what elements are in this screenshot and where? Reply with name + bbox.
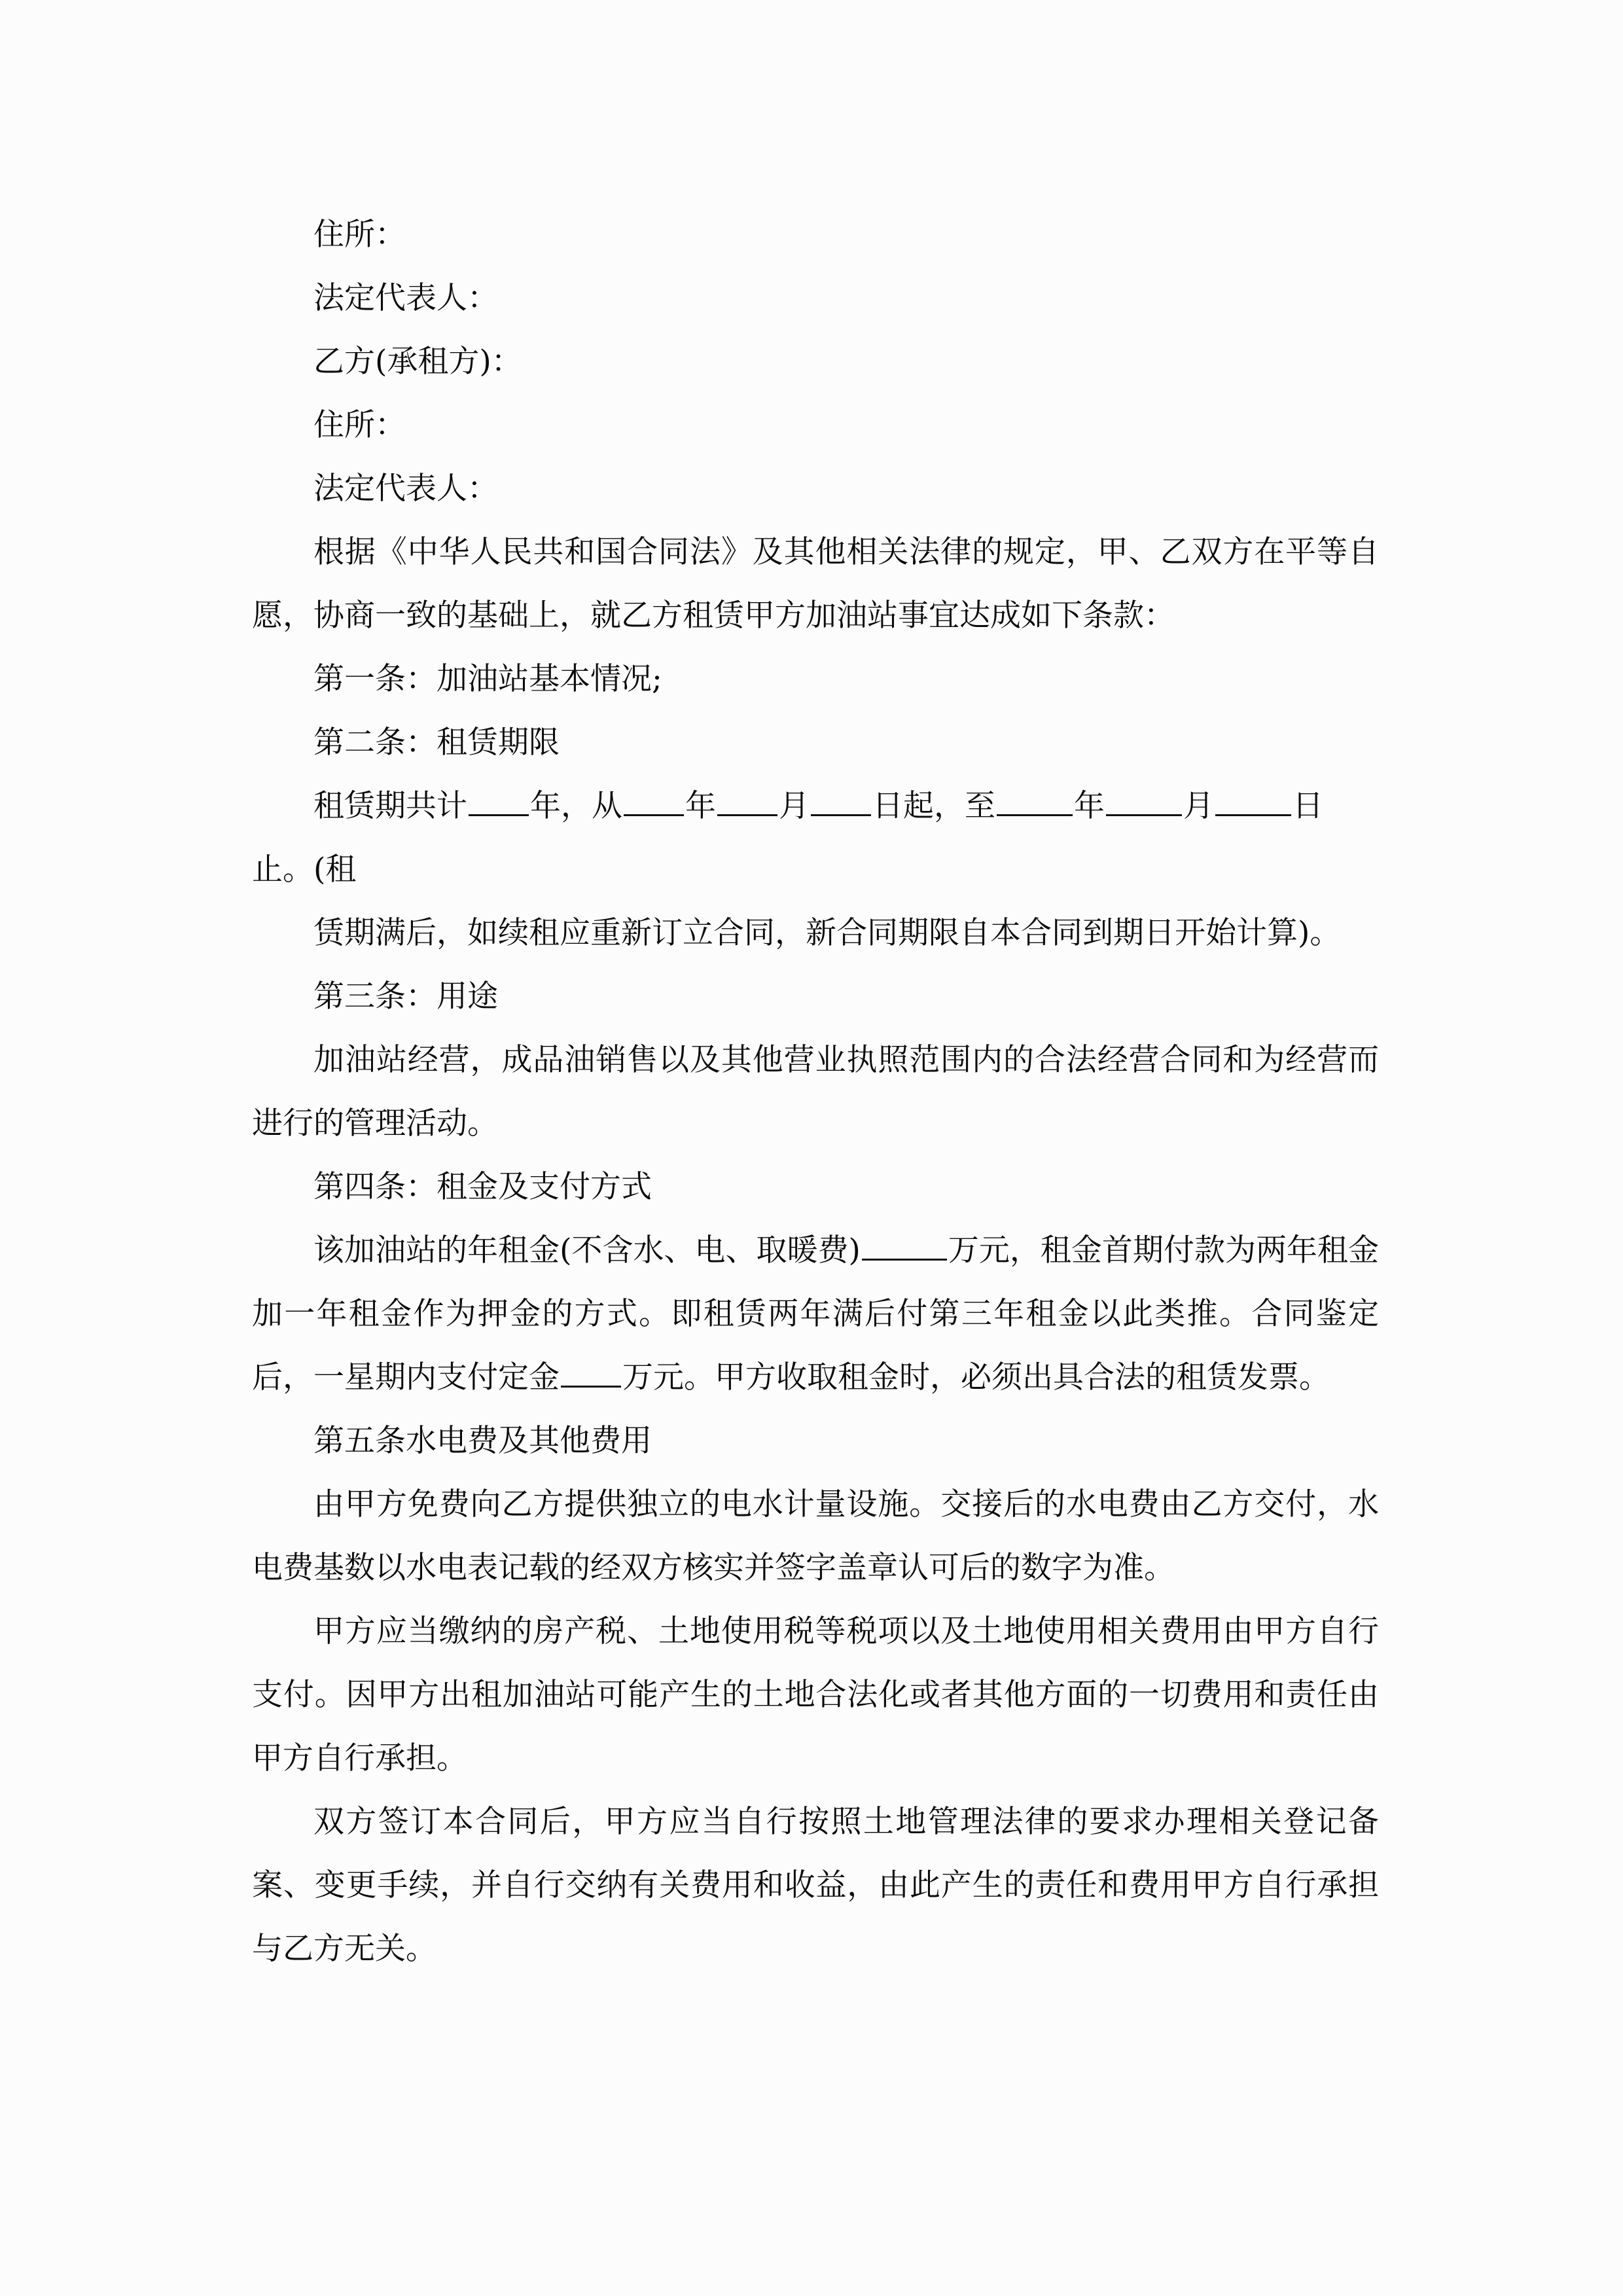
lease-term-tail: 止。(租: [252, 838, 1379, 901]
end-month-blank[interactable]: [1106, 788, 1182, 816]
article-2-heading: 第二条：租赁期限: [252, 711, 1379, 774]
lease-term-text: 日: [1293, 788, 1323, 824]
deposit-amount-blank[interactable]: [561, 1359, 621, 1388]
party-b-representative-line: 法定代表人：: [252, 457, 1379, 520]
article-5-heading: 第五条水电费及其他费用: [252, 1409, 1379, 1473]
article-4-body: 该加油站的年租金(不含水、电、取暖费)万元，租金首期付款为两年租金加一年租金作为…: [252, 1219, 1379, 1409]
lease-term-text: 年: [1074, 788, 1105, 824]
party-a-representative-label: 法定代表人：: [313, 280, 498, 316]
annual-rent-text: 该加油站的年租金(不含水、电、取暖费): [313, 1232, 861, 1268]
party-b-representative-label: 法定代表人：: [313, 471, 498, 507]
party-b-label: 乙方(承租方)：: [313, 344, 522, 380]
party-b-address-label: 住所：: [313, 407, 406, 443]
start-day-blank[interactable]: [811, 788, 871, 816]
start-year-blank[interactable]: [624, 788, 684, 816]
article-5-paragraph-3: 双方签订本合同后，甲方应当自行按照土地管理法律的要求办理相关登记备案、变更手续，…: [252, 1790, 1379, 1981]
party-b-address-line: 住所：: [252, 393, 1379, 457]
lease-term-text: 月: [779, 788, 810, 824]
lease-term-text: 租赁期共计: [313, 788, 467, 824]
article-1-heading: 第一条：加油站基本情况;: [252, 647, 1379, 711]
invoice-terms-text: 万元。甲方收取租金时，必须出具合法的租赁发票。: [622, 1359, 1330, 1395]
preamble-paragraph: 根据《中华人民共和国合同法》及其他相关法律的规定，甲、乙双方在平等自愿，协商一致…: [252, 520, 1379, 647]
party-a-address-line: 住所：: [252, 203, 1379, 266]
start-month-blank[interactable]: [717, 788, 777, 816]
lease-term-text: 月: [1183, 788, 1214, 824]
lease-term-text: 年，从: [530, 788, 622, 824]
lease-term-text: 年: [685, 788, 716, 824]
lease-renewal-paragraph: 赁期满后，如续租应重新订立合同，新合同期限自本合同到期日开始计算)。: [252, 901, 1379, 965]
party-b-line: 乙方(承租方)：: [252, 330, 1379, 393]
article-3-heading: 第三条：用途: [252, 965, 1379, 1028]
end-year-blank[interactable]: [997, 788, 1073, 816]
annual-rent-blank[interactable]: [862, 1232, 947, 1261]
article-3-body: 加油站经营，成品油销售以及其他营业执照范围内的合法经营合同和为经营而进行的管理活…: [252, 1028, 1379, 1155]
lease-term-paragraph: 租赁期共计年，从年月日起，至年月日: [252, 774, 1379, 838]
party-a-address-label: 住所：: [313, 217, 406, 253]
article-5-paragraph-2: 甲方应当缴纳的房产税、土地使用税等税项以及土地使用相关费用由甲方自行支付。因甲方…: [252, 1600, 1379, 1790]
article-5-paragraph-1: 由甲方免费向乙方提供独立的电水计量设施。交接后的水电费由乙方交付，水电费基数以水…: [252, 1473, 1379, 1600]
contract-page: 住所： 法定代表人： 乙方(承租方)： 住所： 法定代表人： 根据《中华人民共和…: [252, 203, 1379, 1981]
lease-term-text: 日起，至: [872, 788, 995, 824]
article-4-heading: 第四条：租金及支付方式: [252, 1155, 1379, 1219]
party-a-representative-line: 法定代表人：: [252, 266, 1379, 330]
lease-years-blank[interactable]: [469, 788, 529, 816]
end-day-blank[interactable]: [1215, 788, 1291, 816]
